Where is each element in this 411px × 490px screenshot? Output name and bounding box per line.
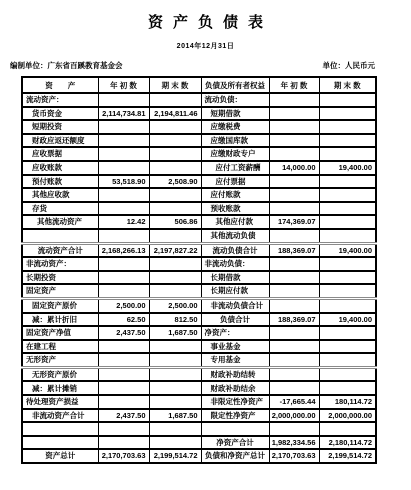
liability_opening-value xyxy=(269,188,319,202)
table-row: 净资产合计1,982,334.562,180,114.72 xyxy=(22,436,376,450)
asset_item-label xyxy=(22,229,98,243)
liability_item-label: 净资产： xyxy=(201,326,269,340)
liability_closing-value: 2,199,514.72 xyxy=(319,449,376,463)
asset_opening-value xyxy=(98,340,149,354)
liability_closing-value xyxy=(319,134,376,148)
liability_opening-value: 14,000.00 xyxy=(269,161,319,175)
liability_opening-value xyxy=(269,107,319,121)
table-row: 财政应返还额度应缴国库款 xyxy=(22,134,376,148)
table-row: 固定资产净值2,437.501,687.50净资产： xyxy=(22,326,376,340)
table-row: 应收账款应付工资薪酬14,000.0019,400.00 xyxy=(22,161,376,175)
liability_closing-value: 2,000,000.00 xyxy=(319,409,376,423)
asset_item-label: 货币资金 xyxy=(22,107,98,121)
asset_item-label: 短期投资 xyxy=(22,120,98,134)
liability_closing-value: 19,400.00 xyxy=(319,161,376,175)
table-header-row: 资 产年 初 数期 末 数负债及所有者权益年 初 数期 末 数 xyxy=(22,77,376,93)
asset_closing-value xyxy=(149,257,201,271)
asset_item-label: 无形资产原价 xyxy=(22,367,98,381)
liability_item-label: 净资产合计 xyxy=(201,436,269,450)
asset_item-label xyxy=(22,422,98,436)
liability_opening-value xyxy=(269,353,319,367)
asset_opening-value xyxy=(98,271,149,285)
asset_closing-value xyxy=(149,395,201,409)
liability_item-label: 其他流动负债 xyxy=(201,229,269,243)
liability_opening-value: -17,665.44 xyxy=(269,395,319,409)
asset_item-label: 流动资产合计 xyxy=(22,243,98,257)
asset_closing-value xyxy=(149,161,201,175)
liability_item-label: 限定性净资产 xyxy=(201,409,269,423)
asset_item-label: 非流动资产合计 xyxy=(22,409,98,423)
liability_item-label xyxy=(201,422,269,436)
asset_opening-value: 62.50 xyxy=(98,313,149,327)
liability_item-label: 流动负债： xyxy=(201,93,269,107)
table-row: 预付账款53,518.902,508.90应付票据 xyxy=(22,175,376,189)
column-header-liability_item: 负债及所有者权益 xyxy=(201,77,269,93)
asset_item-label: 预付账款 xyxy=(22,175,98,189)
column-header-asset_item: 资 产 xyxy=(22,77,98,93)
liability_item-label: 负债和净资产总计 xyxy=(201,449,269,463)
asset_opening-value: 53,518.90 xyxy=(98,175,149,189)
liability_opening-value xyxy=(269,367,319,381)
asset_opening-value xyxy=(98,161,149,175)
liability_closing-value xyxy=(319,340,376,354)
currency-unit-label: 单位：人民币元 xyxy=(323,60,376,71)
asset_opening-value xyxy=(98,202,149,216)
table-row: 固定资产长期应付款 xyxy=(22,284,376,298)
asset_item-label: 资产总计 xyxy=(22,449,98,463)
liability_closing-value: 19,400.00 xyxy=(319,243,376,257)
table-row: 货币资金2,114,734.812,194,811.46短期借款 xyxy=(22,107,376,121)
asset_closing-value xyxy=(149,340,201,354)
asset_item-label: 非流动资产： xyxy=(22,257,98,271)
asset_closing-value xyxy=(149,93,201,107)
asset_item-label: 减：累计折旧 xyxy=(22,313,98,327)
table-row: 其他应收款应付账款 xyxy=(22,188,376,202)
balance-sheet-page: 资产负债表 2014年12月31日 编制单位：广东省百蹊教育基金会 单位：人民币… xyxy=(0,0,411,490)
asset_closing-value xyxy=(149,367,201,381)
liability_opening-value xyxy=(269,229,319,243)
table-row: 减：累计折旧62.50812.50负债合计188,369.0719,400.00 xyxy=(22,313,376,327)
page-title: 资产负债表 xyxy=(0,0,411,32)
table-row: 无形资产专用基金 xyxy=(22,353,376,367)
liability_closing-value xyxy=(319,271,376,285)
asset_item-label: 固定资产 xyxy=(22,284,98,298)
asset_closing-value: 2,199,514.72 xyxy=(149,449,201,463)
liability_opening-value: 2,000,000.00 xyxy=(269,409,319,423)
asset_opening-value: 2,437.50 xyxy=(98,326,149,340)
liability_closing-value xyxy=(319,257,376,271)
asset_opening-value xyxy=(98,395,149,409)
asset_opening-value xyxy=(98,229,149,243)
asset_opening-value: 12.42 xyxy=(98,215,149,229)
table-row: 减：累计摊销财政补助结余 xyxy=(22,381,376,395)
liability_item-label: 流动负债合计 xyxy=(201,243,269,257)
asset_opening-value: 2,170,703.63 xyxy=(98,449,149,463)
liability_closing-value xyxy=(319,422,376,436)
asset_item-label: 存货 xyxy=(22,202,98,216)
table-row: 流动资产：流动负债： xyxy=(22,93,376,107)
liability_closing-value xyxy=(319,175,376,189)
asset_item-label xyxy=(22,436,98,450)
liability_opening-value xyxy=(269,381,319,395)
column-header-asset_opening: 年 初 数 xyxy=(98,77,149,93)
asset_item-label: 长期投资 xyxy=(22,271,98,285)
asset_item-label: 固定资产净值 xyxy=(22,326,98,340)
liability_opening-value xyxy=(269,175,319,189)
liability_closing-value: 2,180,114.72 xyxy=(319,436,376,450)
liability_closing-value xyxy=(319,229,376,243)
liability_item-label: 专用基金 xyxy=(201,353,269,367)
liability_item-label: 其他应付款 xyxy=(201,215,269,229)
table-row: 无形资产原价财政补助结转 xyxy=(22,367,376,381)
asset_closing-value xyxy=(149,422,201,436)
liability_closing-value xyxy=(319,215,376,229)
liability_opening-value xyxy=(269,93,319,107)
liability_item-label: 事业基金 xyxy=(201,340,269,354)
liability_item-label: 应付工资薪酬 xyxy=(201,161,269,175)
table-row: 资产总计2,170,703.632,199,514.72负债和净资产总计2,17… xyxy=(22,449,376,463)
liability_item-label: 应缴财政专户 xyxy=(201,147,269,161)
liability_closing-value xyxy=(319,93,376,107)
asset_opening-value: 2,500.00 xyxy=(98,298,149,312)
table-row: 固定资产原价2,500.002,500.00非流动负债合计 xyxy=(22,298,376,312)
liability_item-label: 应付账款 xyxy=(201,188,269,202)
liability_opening-value xyxy=(269,271,319,285)
asset_closing-value: 2,194,811.46 xyxy=(149,107,201,121)
column-header-liability_opening: 年 初 数 xyxy=(269,77,319,93)
asset_item-label: 固定资产原价 xyxy=(22,298,98,312)
table-row xyxy=(22,422,376,436)
asset_opening-value xyxy=(98,120,149,134)
balance-sheet-table-wrap: 资 产年 初 数期 末 数负债及所有者权益年 初 数期 末 数 流动资产：流动负… xyxy=(21,76,411,464)
liability_item-label: 负债合计 xyxy=(201,313,269,327)
asset_closing-value xyxy=(149,202,201,216)
asset_closing-value xyxy=(149,436,201,450)
table-row: 其他流动负债 xyxy=(22,229,376,243)
liability_item-label: 非流动负债： xyxy=(201,257,269,271)
liability_item-label: 短期借款 xyxy=(201,107,269,121)
asset_opening-value xyxy=(98,367,149,381)
liability_closing-value: 19,400.00 xyxy=(319,313,376,327)
asset_item-label: 无形资产 xyxy=(22,353,98,367)
liability_item-label: 非限定性净资产 xyxy=(201,395,269,409)
asset_item-label: 财政应返还额度 xyxy=(22,134,98,148)
liability_opening-value xyxy=(269,340,319,354)
asset_opening-value xyxy=(98,134,149,148)
asset_closing-value xyxy=(149,381,201,395)
column-header-asset_closing: 期 末 数 xyxy=(149,77,201,93)
liability_item-label: 财政补助结转 xyxy=(201,367,269,381)
liability_closing-value: 180,114.72 xyxy=(319,395,376,409)
table-row: 在建工程事业基金 xyxy=(22,340,376,354)
liability_closing-value xyxy=(319,367,376,381)
liability_closing-value xyxy=(319,326,376,340)
meta-line: 编制单位：广东省百蹊教育基金会 单位：人民币元 xyxy=(10,60,375,71)
asset_closing-value: 1,687.50 xyxy=(149,326,201,340)
liability_item-label: 财政补助结余 xyxy=(201,381,269,395)
asset_item-label: 应收票据 xyxy=(22,147,98,161)
liability_item-label: 应缴国库款 xyxy=(201,134,269,148)
liability_opening-value xyxy=(269,422,319,436)
liability_item-label: 预收账款 xyxy=(201,202,269,216)
liability_opening-value xyxy=(269,284,319,298)
column-header-liability_closing: 期 末 数 xyxy=(319,77,376,93)
table-row: 存货预收账款 xyxy=(22,202,376,216)
liability_closing-value xyxy=(319,353,376,367)
asset_opening-value: 2,168,266.13 xyxy=(98,243,149,257)
liability_item-label: 应付票据 xyxy=(201,175,269,189)
liability_item-label: 长期应付款 xyxy=(201,284,269,298)
prepared-by-label: 编制单位：广东省百蹊教育基金会 xyxy=(10,60,123,71)
asset_closing-value xyxy=(149,229,201,243)
table-row: 短期投资应缴税费 xyxy=(22,120,376,134)
liability_closing-value xyxy=(319,284,376,298)
table-row: 其他流动资产12.42506.86其他应付款174,369.07 xyxy=(22,215,376,229)
asset_closing-value xyxy=(149,120,201,134)
liability_opening-value: 174,369.07 xyxy=(269,215,319,229)
asset_opening-value: 2,114,734.81 xyxy=(98,107,149,121)
asset_closing-value xyxy=(149,188,201,202)
table-row: 非流动资产合计2,437.501,687.50限定性净资产2,000,000.0… xyxy=(22,409,376,423)
liability_opening-value xyxy=(269,120,319,134)
liability_closing-value xyxy=(319,120,376,134)
table-row: 待处理资产损益非限定性净资产-17,665.44180,114.72 xyxy=(22,395,376,409)
asset_opening-value xyxy=(98,436,149,450)
asset_closing-value xyxy=(149,147,201,161)
asset_closing-value: 2,197,827.22 xyxy=(149,243,201,257)
asset_opening-value xyxy=(98,284,149,298)
asset_opening-value xyxy=(98,381,149,395)
liability_opening-value xyxy=(269,202,319,216)
liability_opening-value xyxy=(269,147,319,161)
liability_opening-value xyxy=(269,257,319,271)
liability_closing-value xyxy=(319,202,376,216)
asset_closing-value xyxy=(149,134,201,148)
table-row: 流动资产合计2,168,266.132,197,827.22流动负债合计188,… xyxy=(22,243,376,257)
asset_closing-value xyxy=(149,353,201,367)
liability_opening-value: 1,982,334.56 xyxy=(269,436,319,450)
table-row: 长期投资长期借款 xyxy=(22,271,376,285)
table-row: 非流动资产：非流动负债： xyxy=(22,257,376,271)
asset_opening-value xyxy=(98,93,149,107)
liability_closing-value xyxy=(319,107,376,121)
report-date: 2014年12月31日 xyxy=(0,41,411,51)
liability_closing-value xyxy=(319,147,376,161)
liability_opening-value xyxy=(269,326,319,340)
asset_closing-value: 812.50 xyxy=(149,313,201,327)
asset_item-label: 减：累计摊销 xyxy=(22,381,98,395)
asset_closing-value: 1,687.50 xyxy=(149,409,201,423)
liability_opening-value: 2,170,703.63 xyxy=(269,449,319,463)
asset_opening-value xyxy=(98,147,149,161)
asset_item-label: 应收账款 xyxy=(22,161,98,175)
liability_opening-value xyxy=(269,134,319,148)
asset_opening-value: 2,437.50 xyxy=(98,409,149,423)
asset_item-label: 在建工程 xyxy=(22,340,98,354)
liability_closing-value xyxy=(319,381,376,395)
liability_closing-value xyxy=(319,298,376,312)
asset_closing-value: 2,508.90 xyxy=(149,175,201,189)
asset_opening-value xyxy=(98,257,149,271)
liability_closing-value xyxy=(319,188,376,202)
balance-sheet-table: 资 产年 初 数期 末 数负债及所有者权益年 初 数期 末 数 流动资产：流动负… xyxy=(21,76,377,464)
asset_opening-value xyxy=(98,188,149,202)
asset_item-label: 待处理资产损益 xyxy=(22,395,98,409)
asset_closing-value: 506.86 xyxy=(149,215,201,229)
asset_closing-value xyxy=(149,284,201,298)
asset_closing-value xyxy=(149,271,201,285)
liability_item-label: 应缴税费 xyxy=(201,120,269,134)
asset_item-label: 其他流动资产 xyxy=(22,215,98,229)
asset_opening-value xyxy=(98,353,149,367)
liability_item-label: 长期借款 xyxy=(201,271,269,285)
liability_opening-value xyxy=(269,298,319,312)
asset_item-label: 流动资产： xyxy=(22,93,98,107)
liability_opening-value: 188,369.07 xyxy=(269,313,319,327)
asset_item-label: 其他应收款 xyxy=(22,188,98,202)
asset_closing-value: 2,500.00 xyxy=(149,298,201,312)
asset_opening-value xyxy=(98,422,149,436)
table-row: 应收票据应缴财政专户 xyxy=(22,147,376,161)
liability_opening-value: 188,369.07 xyxy=(269,243,319,257)
liability_item-label: 非流动负债合计 xyxy=(201,298,269,312)
